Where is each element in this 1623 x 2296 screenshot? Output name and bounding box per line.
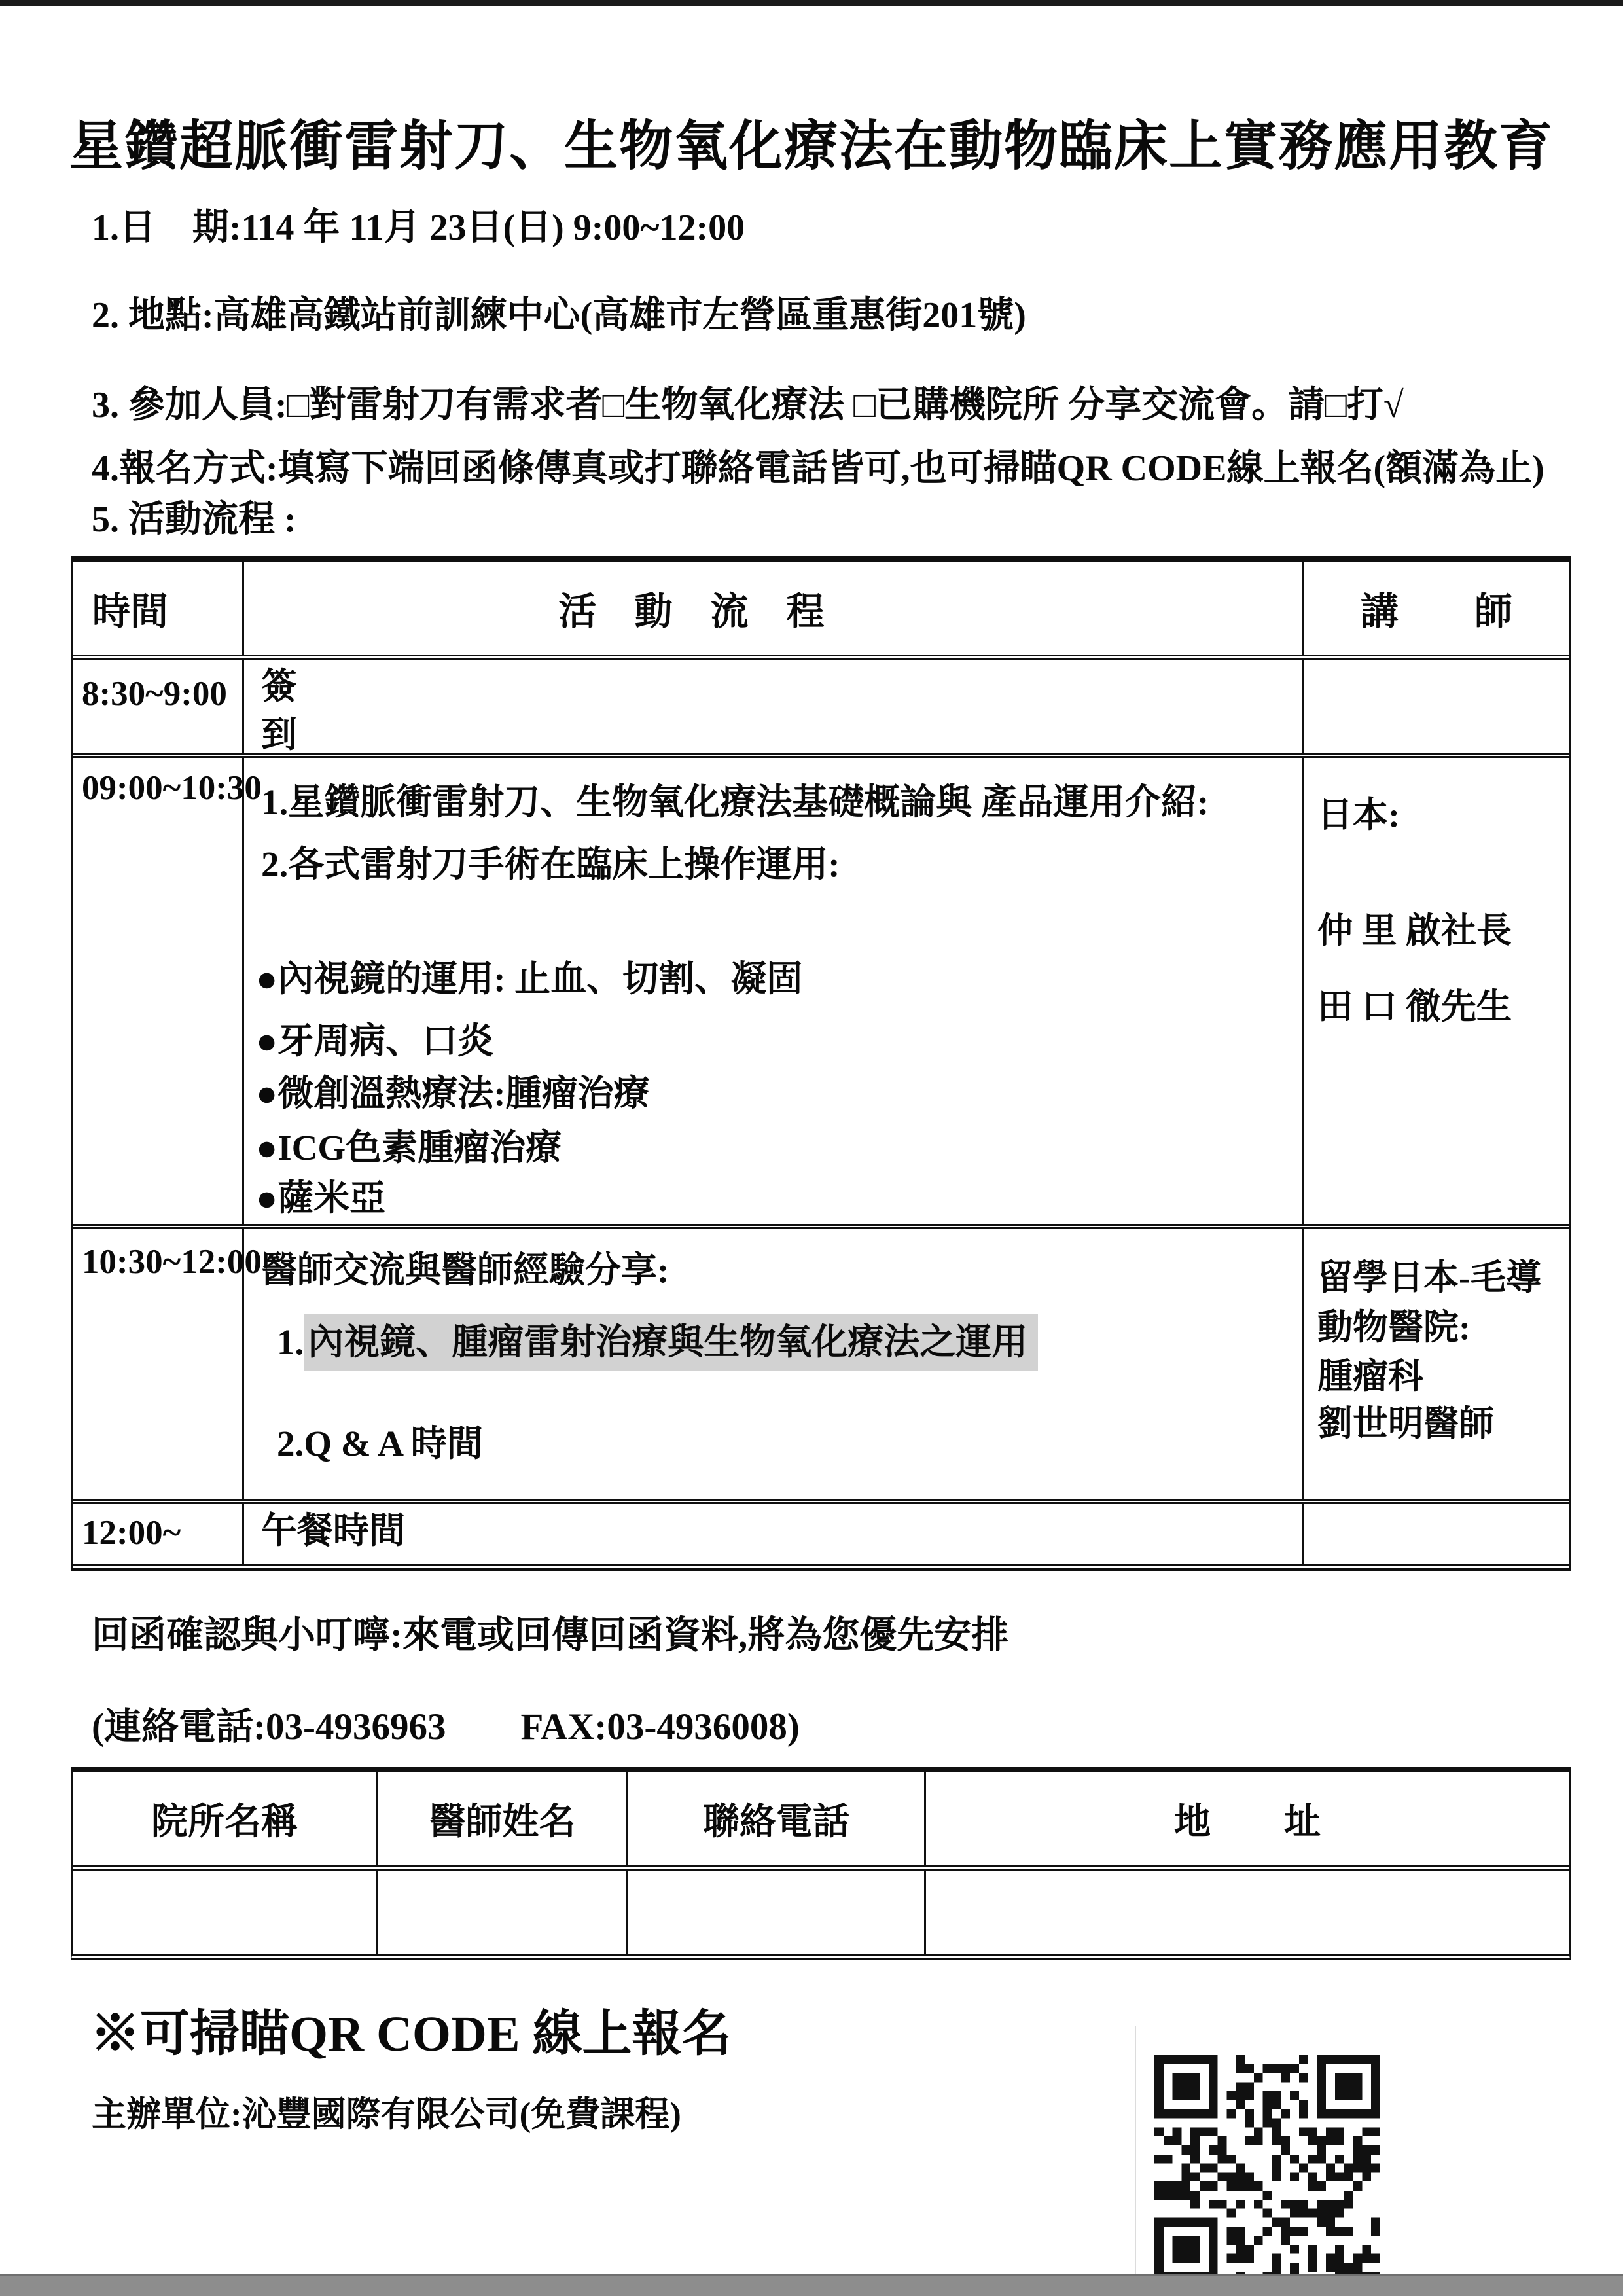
reply-table: 院所名稱 醫師姓名 聯絡電話 地 址 [71,1767,1571,1960]
phone-field[interactable] [628,1871,926,1954]
program-line-highlighted: 1.內視鏡、腫瘤雷射治療與生物氧化療法之運用 [277,1321,1038,1364]
program-line: 2.Q & A 時間 [277,1422,483,1465]
program-line: 2.各式雷射刀手術在臨床上操作運用: [261,843,840,886]
agenda-time-cell: 12:00~ [73,1504,244,1564]
doctor-name-field[interactable] [378,1871,628,1954]
agenda-program-cell: 醫師交流與醫師經驗分享: 1.內視鏡、腫瘤雷射治療與生物氧化療法之運用 2.Q … [244,1229,1304,1499]
agenda-header-row: 時間 活 動 流 程 講 師 [73,562,1569,660]
agenda-col-header-time: 時間 [73,562,244,655]
agenda-lecturer-cell: 日本: 仲 里 啟社長 田 口 徹先生 [1304,758,1569,1224]
program-line: 醫師交流與醫師經驗分享: [261,1249,669,1292]
agenda-time-cell: 09:00~10:30 [73,758,244,1224]
agenda-row-sharing: 10:30~12:00 醫師交流與醫師經驗分享: 1.內視鏡、腫瘤雷射治療與生物… [73,1229,1569,1504]
program-line: ●ICG色素腫瘤治療 [256,1126,562,1170]
item-number: 1. [277,1322,304,1362]
clinic-name-field[interactable] [73,1871,378,1954]
agenda-time-cell: 8:30~9:00 [73,660,244,753]
info-line-participants: 3. 參加人員:□對雷射刀有需求者□生物氧化療法 □已購機院所 分享交流會。請□… [92,382,1404,429]
lecturer-line: 仲 里 啟社長 [1317,910,1512,952]
agenda-program-cell: 1.星鑽脈衝雷射刀、生物氧化療法基礎概論與 產品運用介紹: 2.各式雷射刀手術在… [244,758,1304,1224]
reply-table-input-row [73,1871,1569,1954]
agenda-time: 12:00~ [82,1513,181,1552]
lecturer-line: 田 口 徹先生 [1317,986,1512,1028]
program-line: ●薩米亞 [256,1177,385,1220]
agenda-table: 時間 活 動 流 程 講 師 8:30~9:00 簽 到 09:00~10:30… [71,556,1571,1571]
program-line: ●牙周病、口炎 [256,1020,493,1063]
agenda-time: 09:00~10:30 [82,768,262,808]
agenda-lecturer-cell [1304,660,1569,753]
page-title: 星鑽超脈衝雷射刀、生物氧化療法在動物臨床上實務應用教育 [0,103,1623,180]
lecturer-line: 動物醫院: [1317,1306,1471,1348]
contact-phone-fax: (連絡電話:03-4936963 FAX:03-4936008) [92,1696,800,1750]
scan-top-edge [0,0,1623,6]
agenda-col-header-lecturer: 講 師 [1304,562,1569,655]
reply-col-clinic-name: 院所名稱 [73,1772,378,1865]
organizer-line: 主辦單位:沁豐國際有限公司(免費課程) [92,2087,681,2136]
flyer-page: 星鑽超脈衝雷射刀、生物氧化療法在動物臨床上實務應用教育 1.日 期:114 年 … [0,0,1623,2296]
program-line: ●微創溫熱療法:腫瘤治療 [256,1072,650,1115]
agenda-row-lecture: 09:00~10:30 1.星鑽脈衝雷射刀、生物氧化療法基礎概論與 產品運用介紹… [73,758,1569,1229]
scan-artifact-line [1135,2026,1136,2280]
agenda-col-header-program: 活 動 流 程 [244,562,1304,655]
reply-col-phone: 聯絡電話 [628,1772,926,1865]
reply-table-header-row: 院所名稱 醫師姓名 聯絡電話 地 址 [73,1772,1569,1871]
lecturer-line: 日本: [1317,794,1400,836]
reply-col-address: 地 址 [926,1772,1569,1865]
program-line: 到 [261,713,297,757]
agenda-row-lunch: 12:00~ 午餐時間 [73,1504,1569,1570]
lecturer-line: 劉世明醫師 [1317,1403,1494,1444]
agenda-program-cell: 簽 到 [244,660,1304,753]
agenda-time: 8:30~9:00 [82,674,227,713]
agenda-lecturer-cell: 留學日本-毛導 動物醫院: 腫瘤科 劉世明醫師 [1304,1229,1569,1499]
agenda-time-cell: 10:30~12:00 [73,1229,244,1499]
info-line-location: 2. 地點:高雄高鐵站前訓練中心(高雄市左營區重惠街201號) [92,292,1026,339]
address-field[interactable] [926,1871,1569,1954]
info-line-date: 1.日 期:114 年 11月 23日(日) 9:00~12:00 [92,204,745,251]
agenda-program-cell: 午餐時間 [244,1504,1304,1564]
program-line: 1.星鑽脈衝雷射刀、生物氧化療法基礎概論與 產品運用介紹: [261,781,1209,824]
reply-col-doctor-name: 醫師姓名 [378,1772,628,1865]
scan-bottom-edge [0,2274,1623,2296]
program-line: 午餐時間 [261,1509,405,1552]
agenda-lecturer-cell [1304,1504,1569,1564]
program-line: 簽 [261,665,297,708]
highlighted-topic: 內視鏡、腫瘤雷射治療與生物氧化療法之運用 [304,1314,1038,1371]
qr-code [1154,2055,1380,2281]
lecturer-line: 留學日本-毛導 [1317,1257,1541,1299]
info-line-registration: 4.報名方式:填寫下端回函條傳真或打聯絡電話皆可,也可掃瞄QR CODE線上報名… [92,445,1544,492]
reply-note: 回函確認與小叮嚀:來電或回傳回函資料,將為您優先安排 [92,1605,1008,1659]
qr-scan-heading: ※可掃瞄QR CODE 線上報名 [90,1994,732,2065]
agenda-time: 10:30~12:00 [82,1242,262,1282]
info-line-agenda-label: 5. 活動流程 : [92,496,296,543]
agenda-row-signin: 8:30~9:00 簽 到 [73,660,1569,758]
lecturer-line: 腫瘤科 [1317,1355,1423,1397]
program-line: ●內視鏡的運用: 止血、切割、凝固 [256,958,802,1001]
